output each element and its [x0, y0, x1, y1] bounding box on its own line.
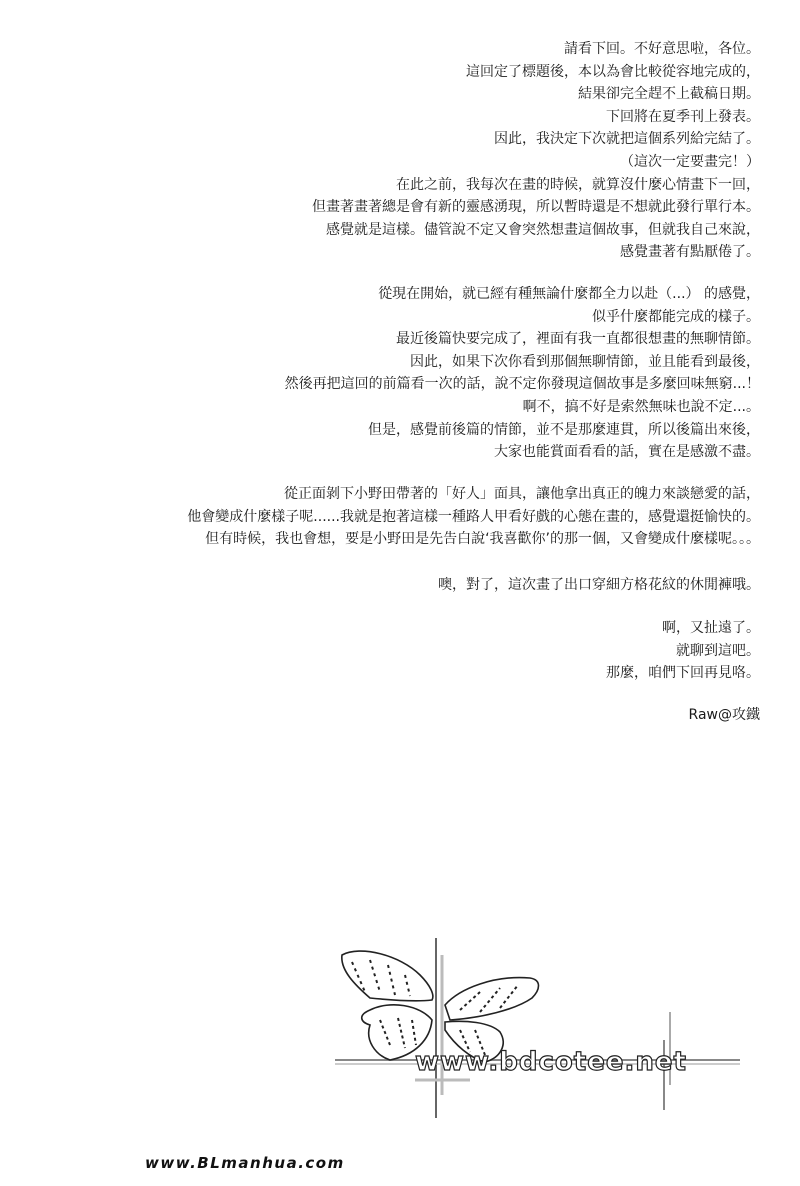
- text-line: 在此之前，我每次在畫的時候，就算沒什麼心情畫下一回，: [312, 174, 760, 197]
- watermark-logo: www.bdcotee.net: [320, 930, 750, 1130]
- butterfly-icon: www.bdcotee.net: [320, 930, 750, 1130]
- text-line: 因此，我決定下次就把這個系列給完結了。: [312, 128, 760, 151]
- signature: Raw@攻鐵: [689, 704, 760, 727]
- paragraph-1: 請看下回。不好意思啦，各位。 這回定了標題後，本以為會比較從容地完成的， 結果卻…: [312, 38, 760, 264]
- text-line: 下回將在夏季刊上發表。: [312, 106, 760, 129]
- paragraph-4: 噢，對了，這次畫了出口穿細方格花紋的休閒褲哦。: [438, 574, 760, 597]
- text-line: 但是，感覺前後篇的情節，並不是那麼連貫，所以後篇出來後，: [285, 419, 760, 442]
- svg-text:www.bdcotee.net: www.bdcotee.net: [415, 1047, 687, 1077]
- text-line: 但畫著畫著總是會有新的靈感湧現，所以暫時還是不想就此發行單行本。: [312, 196, 760, 219]
- text-line: 啊，又扯遠了。: [606, 617, 760, 640]
- text-line: 這回定了標題後，本以為會比較從容地完成的，: [312, 61, 760, 84]
- paragraph-2: 從現在開始，就已經有種無論什麼都全力以赴（...） 的感覺， 似乎什麼都能完成的…: [285, 283, 760, 464]
- text-line: 從現在開始，就已經有種無論什麼都全力以赴（...） 的感覺，: [285, 283, 760, 306]
- text-line: 結果卻完全趕不上截稿日期。: [312, 83, 760, 106]
- text-line: 因此，如果下次你看到那個無聊情節，並且能看到最後，: [285, 351, 760, 374]
- text-line: 大家也能賞面看看的話，實在是感激不盡。: [285, 441, 760, 464]
- text-line: 從正面剝下小野田帶著的「好人」面具，讓他拿出真正的魄力來談戀愛的話，: [187, 483, 760, 506]
- text-line: 似乎什麼都能完成的樣子。: [285, 306, 760, 329]
- text-line: 感覺就是這樣。儘管說不定又會突然想畫這個故事，但就我自己來說，: [312, 219, 760, 242]
- afterword-page: 請看下回。不好意思啦，各位。 這回定了標題後，本以為會比較從容地完成的， 結果卻…: [0, 0, 800, 1186]
- text-line: 但有時候，我也會想，要是小野田是先告白說‘我喜歡你’的那一個，又會變成什麼樣呢。…: [187, 528, 760, 551]
- paragraph-5: 啊，又扯遠了。 就聊到這吧。 那麼，咱們下回再見咯。: [606, 617, 760, 685]
- paragraph-3: 從正面剝下小野田帶著的「好人」面具，讓他拿出真正的魄力來談戀愛的話， 他會變成什…: [187, 483, 760, 551]
- text-line: 然後再把這回的前篇看一次的話，說不定你發現這個故事是多麼回味無窮...！: [285, 373, 760, 396]
- text-line: 感覺畫著有點厭倦了。: [312, 241, 760, 264]
- text-line: 那麼，咱們下回再見咯。: [606, 662, 760, 685]
- text-line: 啊不，搞不好是索然無味也說不定...。: [285, 396, 760, 419]
- text-line: 最近後篇快要完成了，裡面有我一直都很想畫的無聊情節。: [285, 328, 760, 351]
- text-line: （這次一定要畫完！）: [312, 151, 760, 174]
- footer-site-url: www.BLmanhua.com: [145, 1154, 345, 1172]
- text-line: 請看下回。不好意思啦，各位。: [312, 38, 760, 61]
- text-line: 就聊到這吧。: [606, 640, 760, 663]
- text-line: 他會變成什麼樣子呢......我就是抱著這樣一種路人甲看好戲的心態在畫的，感覺還…: [187, 506, 760, 529]
- text-line: 噢，對了，這次畫了出口穿細方格花紋的休閒褲哦。: [438, 574, 760, 597]
